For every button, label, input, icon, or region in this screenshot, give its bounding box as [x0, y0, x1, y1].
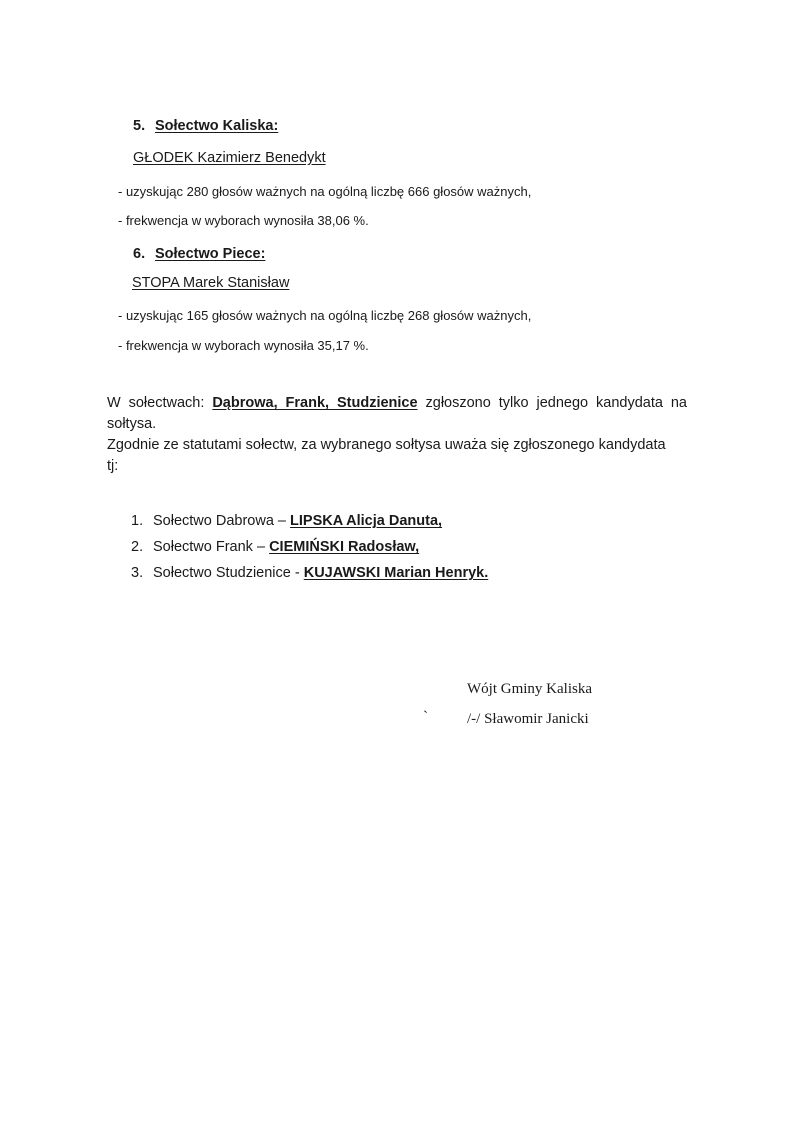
- list-person: CIEMIŃSKI Radosław,: [269, 539, 419, 555]
- list-number: 3.: [131, 565, 153, 581]
- list-number: 1.: [131, 513, 153, 529]
- votes-line-piece: - uzyskując 165 głosów ważnych na ogólną…: [118, 308, 531, 323]
- intro-line: W sołectwach: Dąbrowa, Frank, Studzienic…: [107, 393, 687, 414]
- signature-name: /-/ Sławomir Janicki: [467, 711, 589, 728]
- intro-prefix: W sołectwach:: [107, 395, 204, 411]
- single-candidate-paragraph: W sołectwach: Dąbrowa, Frank, Studzienic…: [107, 393, 687, 477]
- turnout-line-piece: - frekwencja w wyborach wynosiła 35,17 %…: [118, 338, 369, 353]
- section-heading-piece: 6.Sołectwo Piece:: [133, 246, 265, 262]
- section-title: Sołectwo Kaliska:: [155, 118, 278, 134]
- list-item-dabrowa: 1.Sołectwo Dabrowa – LIPSKA Alicja Danut…: [131, 513, 442, 529]
- section-heading-kaliska: 5.Sołectwo Kaliska:: [133, 118, 278, 134]
- elected-name-piece: STOPA Marek Stanisław: [132, 275, 289, 291]
- list-item-studzienice: 3.Sołectwo Studzienice - KUJAWSKI Marian…: [131, 565, 488, 581]
- list-village: Sołectwo Studzienice -: [153, 565, 300, 581]
- statute-line-2: tj:: [107, 456, 687, 477]
- stray-mark: `: [423, 709, 428, 726]
- intro-suffix: zgłoszono tylko jednego kandydata na: [426, 395, 688, 411]
- villages-bold: Dąbrowa, Frank, Studzienice: [212, 395, 417, 411]
- list-village: Sołectwo Frank –: [153, 539, 265, 555]
- section-title: Sołectwo Piece:: [155, 246, 265, 262]
- signature-title: Wójt Gminy Kaliska: [467, 681, 592, 698]
- list-person: LIPSKA Alicja Danuta,: [290, 513, 442, 529]
- list-item-frank: 2.Sołectwo Frank – CIEMIŃSKI Radosław,: [131, 539, 419, 555]
- document-page: 5.Sołectwo Kaliska: GŁODEK Kazimierz Ben…: [0, 0, 800, 1131]
- section-number: 5.: [133, 118, 155, 134]
- elected-name-kaliska: GŁODEK Kazimierz Benedykt: [133, 150, 326, 166]
- turnout-line-kaliska: - frekwencja w wyborach wynosiła 38,06 %…: [118, 213, 369, 228]
- statute-line-1: Zgodnie ze statutami sołectw, za wybrane…: [107, 435, 687, 456]
- list-village: Sołectwo Dabrowa –: [153, 513, 286, 529]
- section-number: 6.: [133, 246, 155, 262]
- list-person: KUJAWSKI Marian Henryk.: [304, 565, 489, 581]
- intro-wrap: sołtysa.: [107, 414, 687, 435]
- list-number: 2.: [131, 539, 153, 555]
- votes-line-kaliska: - uzyskując 280 głosów ważnych na ogólną…: [118, 184, 531, 199]
